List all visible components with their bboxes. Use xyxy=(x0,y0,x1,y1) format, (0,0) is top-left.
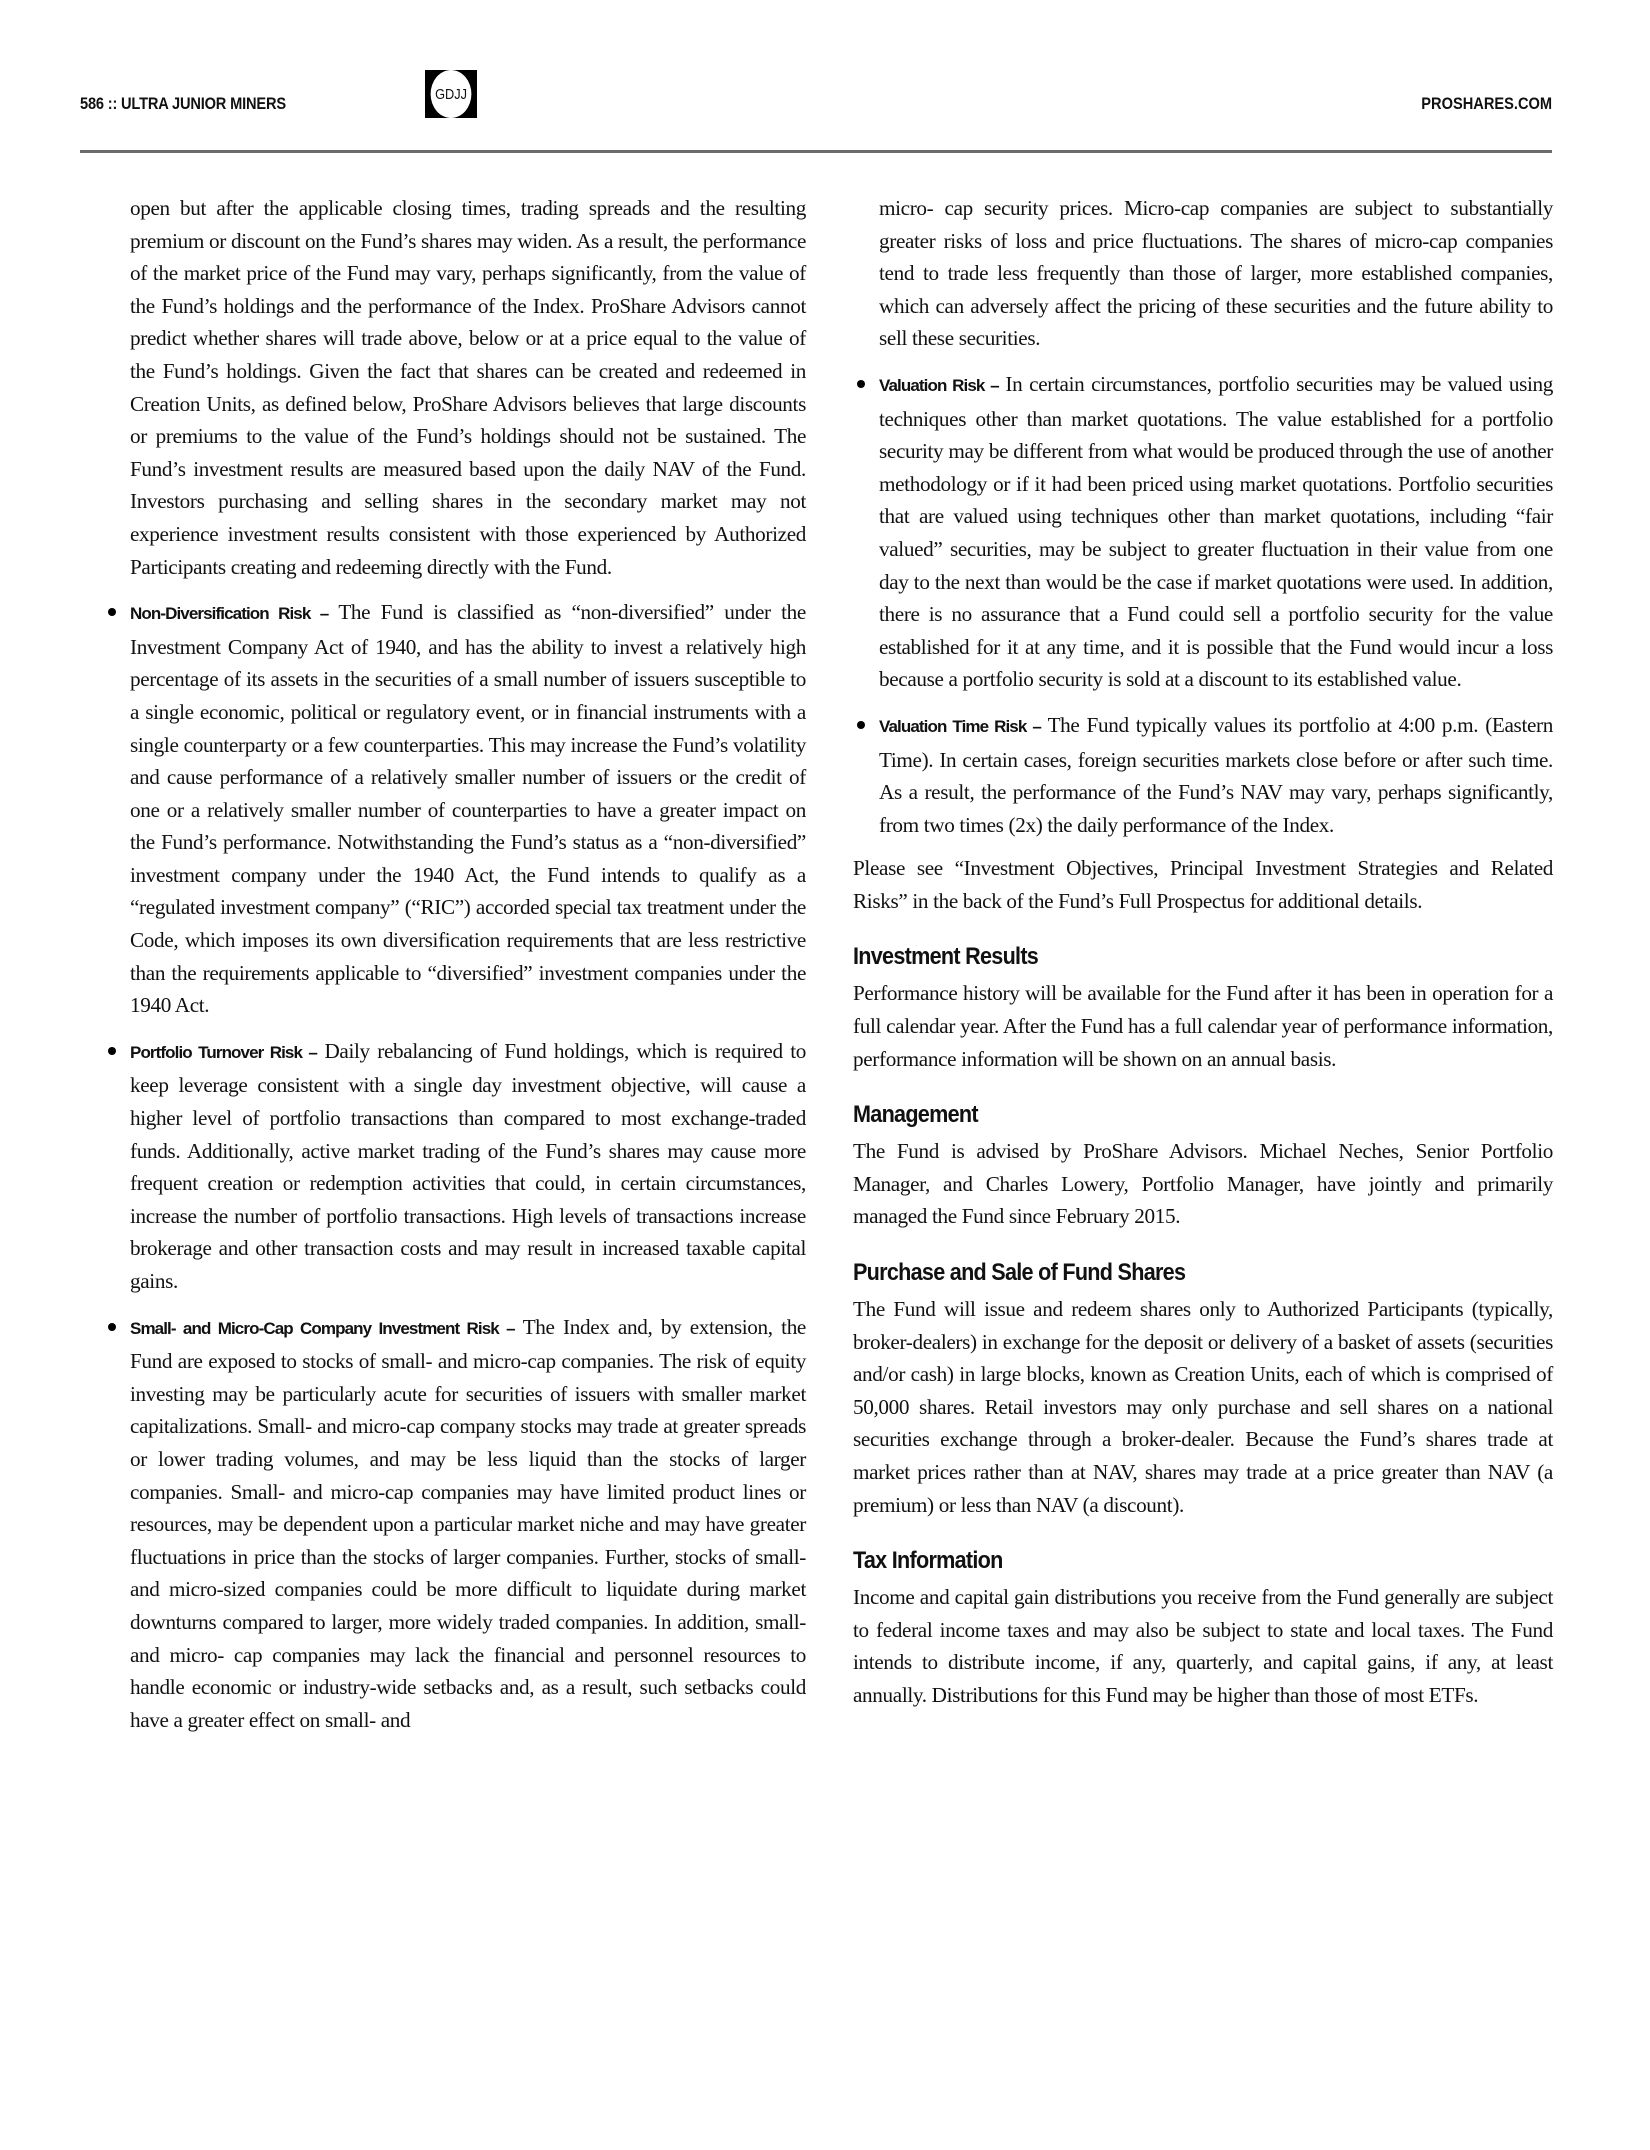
header-divider xyxy=(80,150,1552,153)
risk-title: Small- and Micro-Cap Company Investment … xyxy=(130,1319,515,1338)
risk-text: Daily rebalancing of Fund holdings, whic… xyxy=(130,1039,806,1293)
section-body-purchase-sale: The Fund will issue and redeem shares on… xyxy=(853,1293,1553,1521)
risk-paragraph: Small- and Micro-Cap Company Investment … xyxy=(130,1311,806,1737)
see-also-paragraph: Please see “Investment Objectives, Princ… xyxy=(853,852,1553,917)
site-url: PROSHARES.COM xyxy=(1421,94,1552,114)
risk-item-non-diversification: Non-Diversification Risk – The Fund is c… xyxy=(130,596,806,1022)
bullet-icon xyxy=(108,1323,116,1331)
risk-paragraph: Portfolio Turnover Risk – Daily rebalanc… xyxy=(130,1035,806,1298)
page-number-title: 586 :: ULTRA JUNIOR MINERS xyxy=(80,94,286,114)
risk-title: Valuation Time Risk – xyxy=(879,717,1041,736)
risk-text: The Fund is classified as “non-diversifi… xyxy=(130,600,806,1017)
continuation-paragraph: open but after the applicable closing ti… xyxy=(130,192,806,583)
ticker-symbol: GDJJ xyxy=(431,70,472,118)
section-body-management: The Fund is advised by ProShare Advisors… xyxy=(853,1135,1553,1233)
risk-item-portfolio-turnover: Portfolio Turnover Risk – Daily rebalanc… xyxy=(130,1035,806,1298)
risk-text: In certain circumstances, portfolio secu… xyxy=(879,372,1553,691)
left-column: open but after the applicable closing ti… xyxy=(130,192,806,1736)
risk-paragraph: Valuation Time Risk – The Fund typically… xyxy=(879,709,1553,841)
bullet-icon xyxy=(857,721,865,729)
risk-paragraph: Valuation Risk – In certain circumstance… xyxy=(879,368,1553,696)
header-left: 586 :: ULTRA JUNIOR MINERS xyxy=(80,94,319,114)
risk-item-valuation-time: Valuation Time Risk – The Fund typically… xyxy=(879,709,1553,841)
section-heading-management: Management xyxy=(853,1099,1483,1131)
page-header: 586 :: ULTRA JUNIOR MINERS GDJJ PROSHARE… xyxy=(80,80,1552,152)
right-column: micro- cap security prices. Micro-cap co… xyxy=(853,192,1553,1712)
risk-title: Portfolio Turnover Risk – xyxy=(130,1043,317,1062)
risk-text: The Index and, by extension, the Fund ar… xyxy=(130,1315,806,1732)
section-heading-investment-results: Investment Results xyxy=(853,941,1483,973)
risk-item-valuation: Valuation Risk – In certain circumstance… xyxy=(879,368,1553,696)
risk-title: Non-Diversification Risk – xyxy=(130,604,328,623)
section-body-investment-results: Performance history will be available fo… xyxy=(853,977,1553,1075)
section-heading-purchase-sale: Purchase and Sale of Fund Shares xyxy=(853,1257,1483,1289)
ticker-badge: GDJJ xyxy=(425,70,477,118)
bullet-icon xyxy=(108,1047,116,1055)
bullet-icon xyxy=(857,380,865,388)
bullet-icon xyxy=(108,608,116,616)
risk-paragraph: Non-Diversification Risk – The Fund is c… xyxy=(130,596,806,1022)
risk-title: Valuation Risk – xyxy=(879,376,999,395)
continuation-paragraph: micro- cap security prices. Micro-cap co… xyxy=(879,192,1553,355)
risk-item-small-micro-cap: Small- and Micro-Cap Company Investment … xyxy=(130,1311,806,1737)
section-body-tax-information: Income and capital gain distributions yo… xyxy=(853,1581,1553,1711)
section-heading-tax-information: Tax Information xyxy=(853,1545,1483,1577)
